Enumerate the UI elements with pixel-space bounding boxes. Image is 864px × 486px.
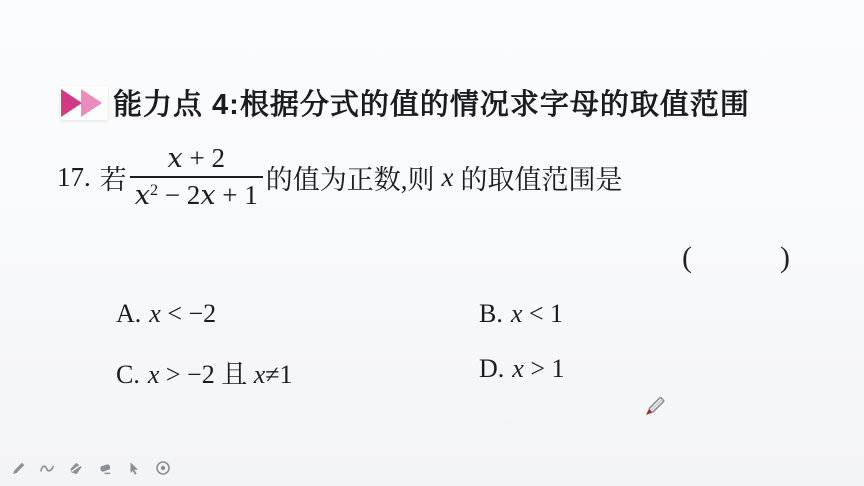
denominator-middle: − 2 xyxy=(158,180,200,210)
answer-blank-close: ) xyxy=(780,241,790,275)
fraction-denominator: x2 − 2x + 1 xyxy=(130,176,263,211)
option-a-variable: x xyxy=(149,299,161,328)
option-d: D.x > 1 xyxy=(479,354,565,384)
answer-blank: ( ) xyxy=(682,241,790,275)
option-d-label: D. xyxy=(479,354,504,383)
denominator-exponent: 2 xyxy=(150,181,158,199)
numerator-variable: x xyxy=(168,143,183,174)
answer-blank-open: ( xyxy=(682,241,692,275)
pencil-cursor xyxy=(642,394,668,420)
fraction-numerator: x + 2 xyxy=(158,143,235,176)
lesson-slide: 能力点 4:根据分式的值的情况求字母的取值范围 17. 若 x + 2 x2 −… xyxy=(0,0,864,486)
squiggle-icon[interactable] xyxy=(38,459,56,477)
eraser-icon[interactable] xyxy=(96,459,114,477)
double-arrow-icon xyxy=(60,86,108,120)
arrow-right-icon xyxy=(61,89,82,117)
section-header: 能力点 4:根据分式的值的情况求字母的取值范围 xyxy=(60,82,750,123)
option-c-text-2: ≠1 xyxy=(265,360,292,389)
option-c: C.x > −2 且 x≠1 xyxy=(116,354,293,391)
option-c-variable-2: x xyxy=(254,360,266,389)
arrow-right-icon xyxy=(81,89,102,117)
option-a: A.x < −2 xyxy=(116,299,216,329)
option-a-text: < −2 xyxy=(161,299,216,328)
option-b-text: < 1 xyxy=(522,299,563,328)
numerator-rest: + 2 xyxy=(183,143,225,173)
problem-number: 17. xyxy=(57,162,91,193)
option-c-text: > −2 且 xyxy=(159,360,253,389)
pen-icon[interactable] xyxy=(9,459,27,477)
problem-text-tail: 的取值范围是 xyxy=(461,158,623,197)
option-d-variable: x xyxy=(512,354,524,383)
option-c-variable: x xyxy=(148,360,160,389)
option-b-variable: x xyxy=(511,299,523,328)
denominator-variable-2: x xyxy=(200,180,215,211)
problem-text-after-fraction: 的值为正数,则 xyxy=(266,158,435,197)
problem-statement: 17. 若 x + 2 x2 − 2x + 1 的值为正数,则 x 的取值范围是 xyxy=(57,143,623,211)
section-title: 能力点 4:根据分式的值的情况求字母的取值范围 xyxy=(113,82,750,123)
problem-lead-text: 若 xyxy=(100,158,127,197)
pointer-icon[interactable] xyxy=(125,459,143,477)
option-c-label: C. xyxy=(116,360,140,389)
record-icon[interactable] xyxy=(154,459,172,477)
problem-variable: x xyxy=(442,162,454,193)
option-d-text: > 1 xyxy=(524,354,565,383)
stamp-icon[interactable] xyxy=(67,459,85,477)
annotation-toolbar xyxy=(9,459,172,477)
option-b: B.x < 1 xyxy=(479,299,563,329)
option-b-label: B. xyxy=(479,299,503,328)
option-a-label: A. xyxy=(116,299,141,328)
fraction: x + 2 x2 − 2x + 1 xyxy=(130,143,263,211)
denominator-rest: + 1 xyxy=(216,180,258,210)
denominator-variable-1: x xyxy=(135,180,150,211)
